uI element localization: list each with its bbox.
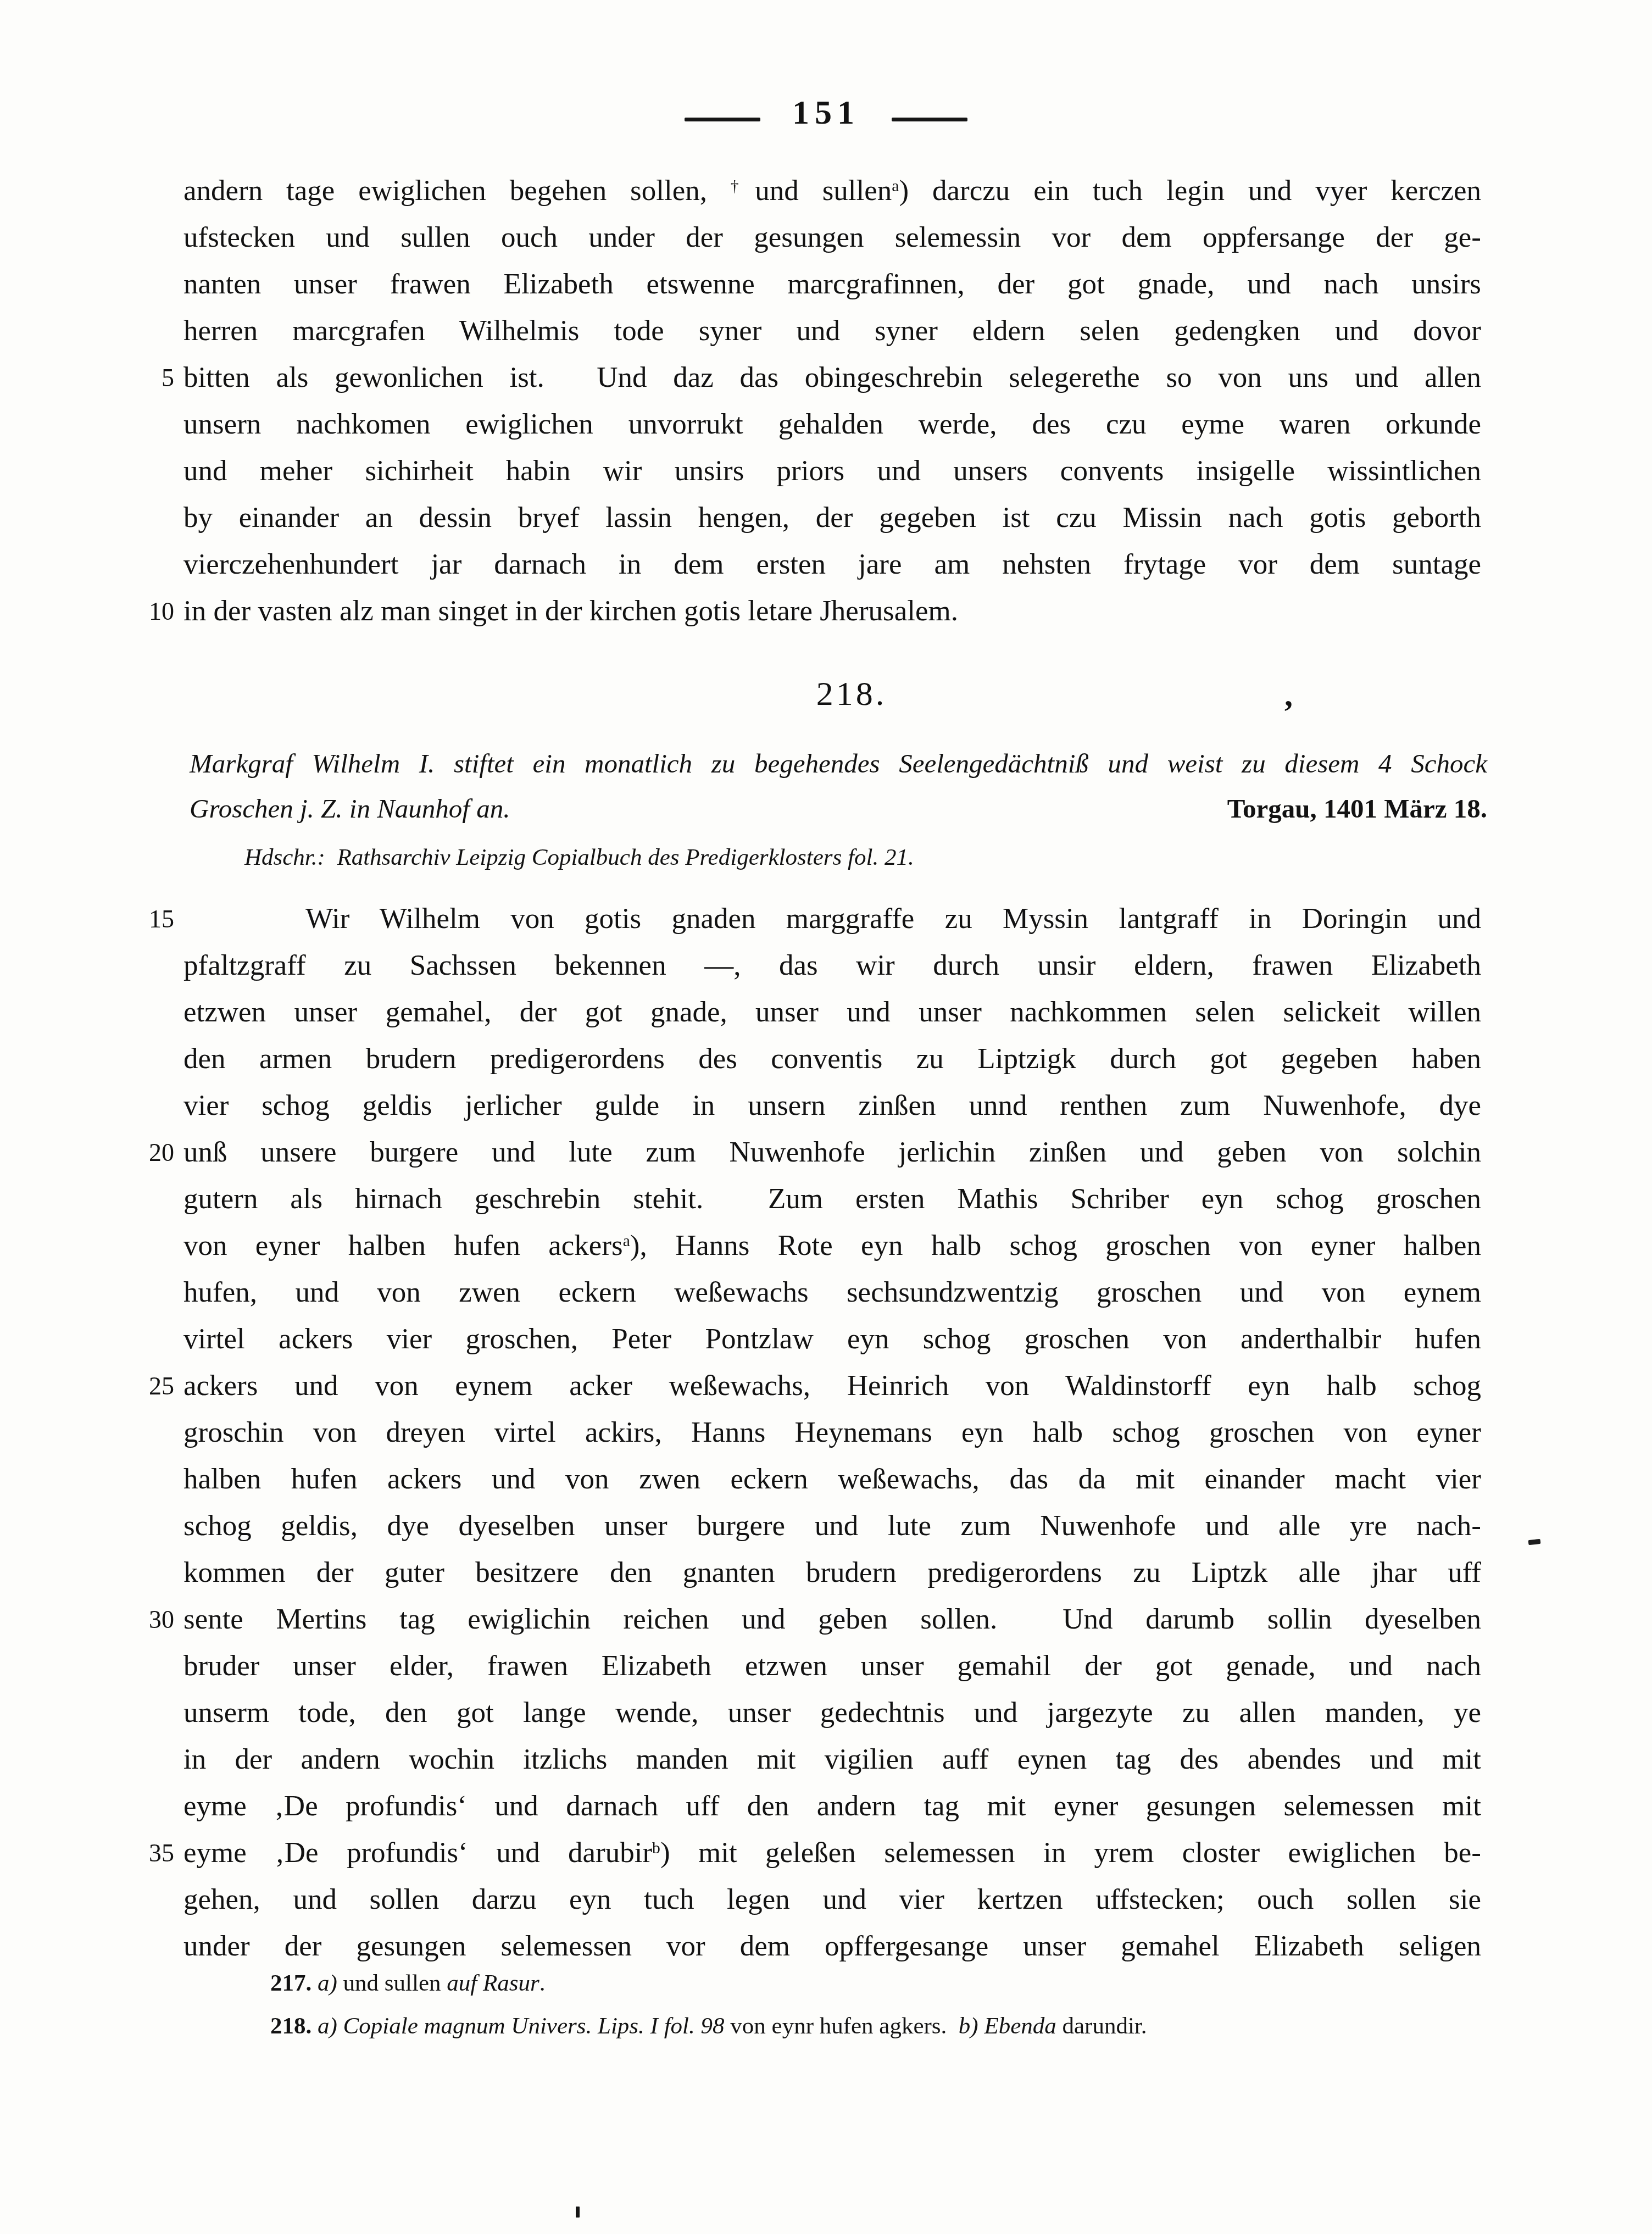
footnote: 218. a) Copiale magnum Univers. Lips. I … xyxy=(270,2005,1451,2047)
text-line: vierczehenhundert jar darnach in dem ers… xyxy=(183,541,1481,588)
doc217-text-block: andern tage ewiglichen begehen sollen, †… xyxy=(183,168,1481,635)
text-line: unserm tode, den got lange wende, unser … xyxy=(183,1690,1481,1736)
margin-line-number: 15 xyxy=(139,896,174,942)
text-line: schog geldis, dye dyeselben unser burger… xyxy=(183,1503,1481,1549)
text-line: kommen der guter besitzere den gnanten b… xyxy=(183,1549,1481,1596)
text-line: herren marcgrafen Wilhelmis tode syner u… xyxy=(183,308,1481,354)
text-line: sente Mertins tag ewiglichin reichen und… xyxy=(183,1596,1481,1643)
text-line: andern tage ewiglichen begehen sollen, †… xyxy=(183,168,1481,214)
text-line: hufen, und von zwen eckern weßewachs sec… xyxy=(183,1269,1481,1316)
regest-line-1: Markgraf Wilhelm I. stiftet ein monatlic… xyxy=(190,742,1487,786)
text-line: etzwen unser gemahel, der got gnade, uns… xyxy=(183,989,1481,1036)
page-number: 151 xyxy=(792,93,860,132)
footnote: 217. a) und sullen auf Rasur. xyxy=(270,1963,1451,2004)
ink-dash-artifact xyxy=(1528,1539,1541,1545)
margin-line-number: 30 xyxy=(139,1596,174,1643)
header-rule-left xyxy=(685,118,760,121)
text-line: Wir Wilhelm von gotis gnaden marggraffe … xyxy=(183,896,1481,942)
regest-line-2: Groschen j. Z. in Naunhof an. Torgau, 14… xyxy=(190,787,1487,831)
text-line: virtel ackers vier groschen, Peter Pontz… xyxy=(183,1316,1481,1363)
text-line: vier schog geldis jerlicher gulde in uns… xyxy=(183,1082,1481,1129)
text-line: bitten als gewonlichen ist. Und daz das … xyxy=(183,354,1481,401)
text-line: in der andern wochin itzlichs manden mit… xyxy=(183,1736,1481,1783)
text-line: pfaltzgraff zu Sachssen bekennen —, das … xyxy=(183,942,1481,989)
ink-tick-artifact xyxy=(576,2207,580,2218)
book-page: 151 andern tage ewiglichen begehen solle… xyxy=(0,0,1652,2234)
margin-line-number: 10 xyxy=(139,588,174,635)
margin-line-number: 5 xyxy=(139,354,174,401)
regest-date: Torgau, 1401 März 18. xyxy=(1227,787,1487,831)
text-line: by einander an dessin bryef lassin henge… xyxy=(183,494,1481,541)
text-line: gehen, und sollen darzu eyn tuch legen u… xyxy=(183,1876,1481,1923)
text-line: nanten unser frawen Elizabeth etswenne m… xyxy=(183,261,1481,308)
text-line: unsern nachkomen ewiglichen unvorrukt ge… xyxy=(183,401,1481,448)
text-line: eyme ‚De profundis‘ und darnach uff den … xyxy=(183,1783,1481,1830)
margin-line-number: 20 xyxy=(139,1129,174,1176)
text-line: groschin von dreyen virtel ackirs, Hanns… xyxy=(183,1409,1481,1456)
text-line: eyme ‚De profundis‘ und darubirb) mit ge… xyxy=(183,1830,1481,1876)
text-line: in der vasten alz man singet in der kirc… xyxy=(183,588,1481,635)
doc218-text-block: Wir Wilhelm von gotis gnaden marggraffe … xyxy=(183,896,1481,1970)
text-line: unß unsere burgere und lute zum Nuwenhof… xyxy=(183,1129,1481,1176)
text-line: und meher sichirheit habin wir unsirs pr… xyxy=(183,448,1481,494)
text-line: gutern als hirnach geschrebin stehit. Zu… xyxy=(183,1176,1481,1222)
regest-line-2-text: Groschen j. Z. in Naunhof an. xyxy=(190,787,510,831)
margin-line-number: 25 xyxy=(139,1363,174,1409)
text-line: den armen brudern predigerordens des con… xyxy=(183,1036,1481,1082)
text-line: bruder unser elder, frawen Elizabeth etz… xyxy=(183,1643,1481,1690)
text-line: ufstecken und sullen ouch under der gesu… xyxy=(183,214,1481,261)
margin-line-number: 35 xyxy=(139,1830,174,1876)
source-note: Hdschr.: Rathsarchiv Leipzig Copialbuch … xyxy=(244,840,1398,876)
page-header: 151 xyxy=(0,82,1652,143)
text-line: ackers und von eynem acker weßewachs, He… xyxy=(183,1363,1481,1409)
text-line: halben hufen ackers und von zwen eckern … xyxy=(183,1456,1481,1503)
ink-spot-artifact: , xyxy=(1284,679,1293,712)
text-line: von eyner halben hufen ackersa), Hanns R… xyxy=(183,1222,1481,1269)
header-rule-right xyxy=(892,118,967,121)
